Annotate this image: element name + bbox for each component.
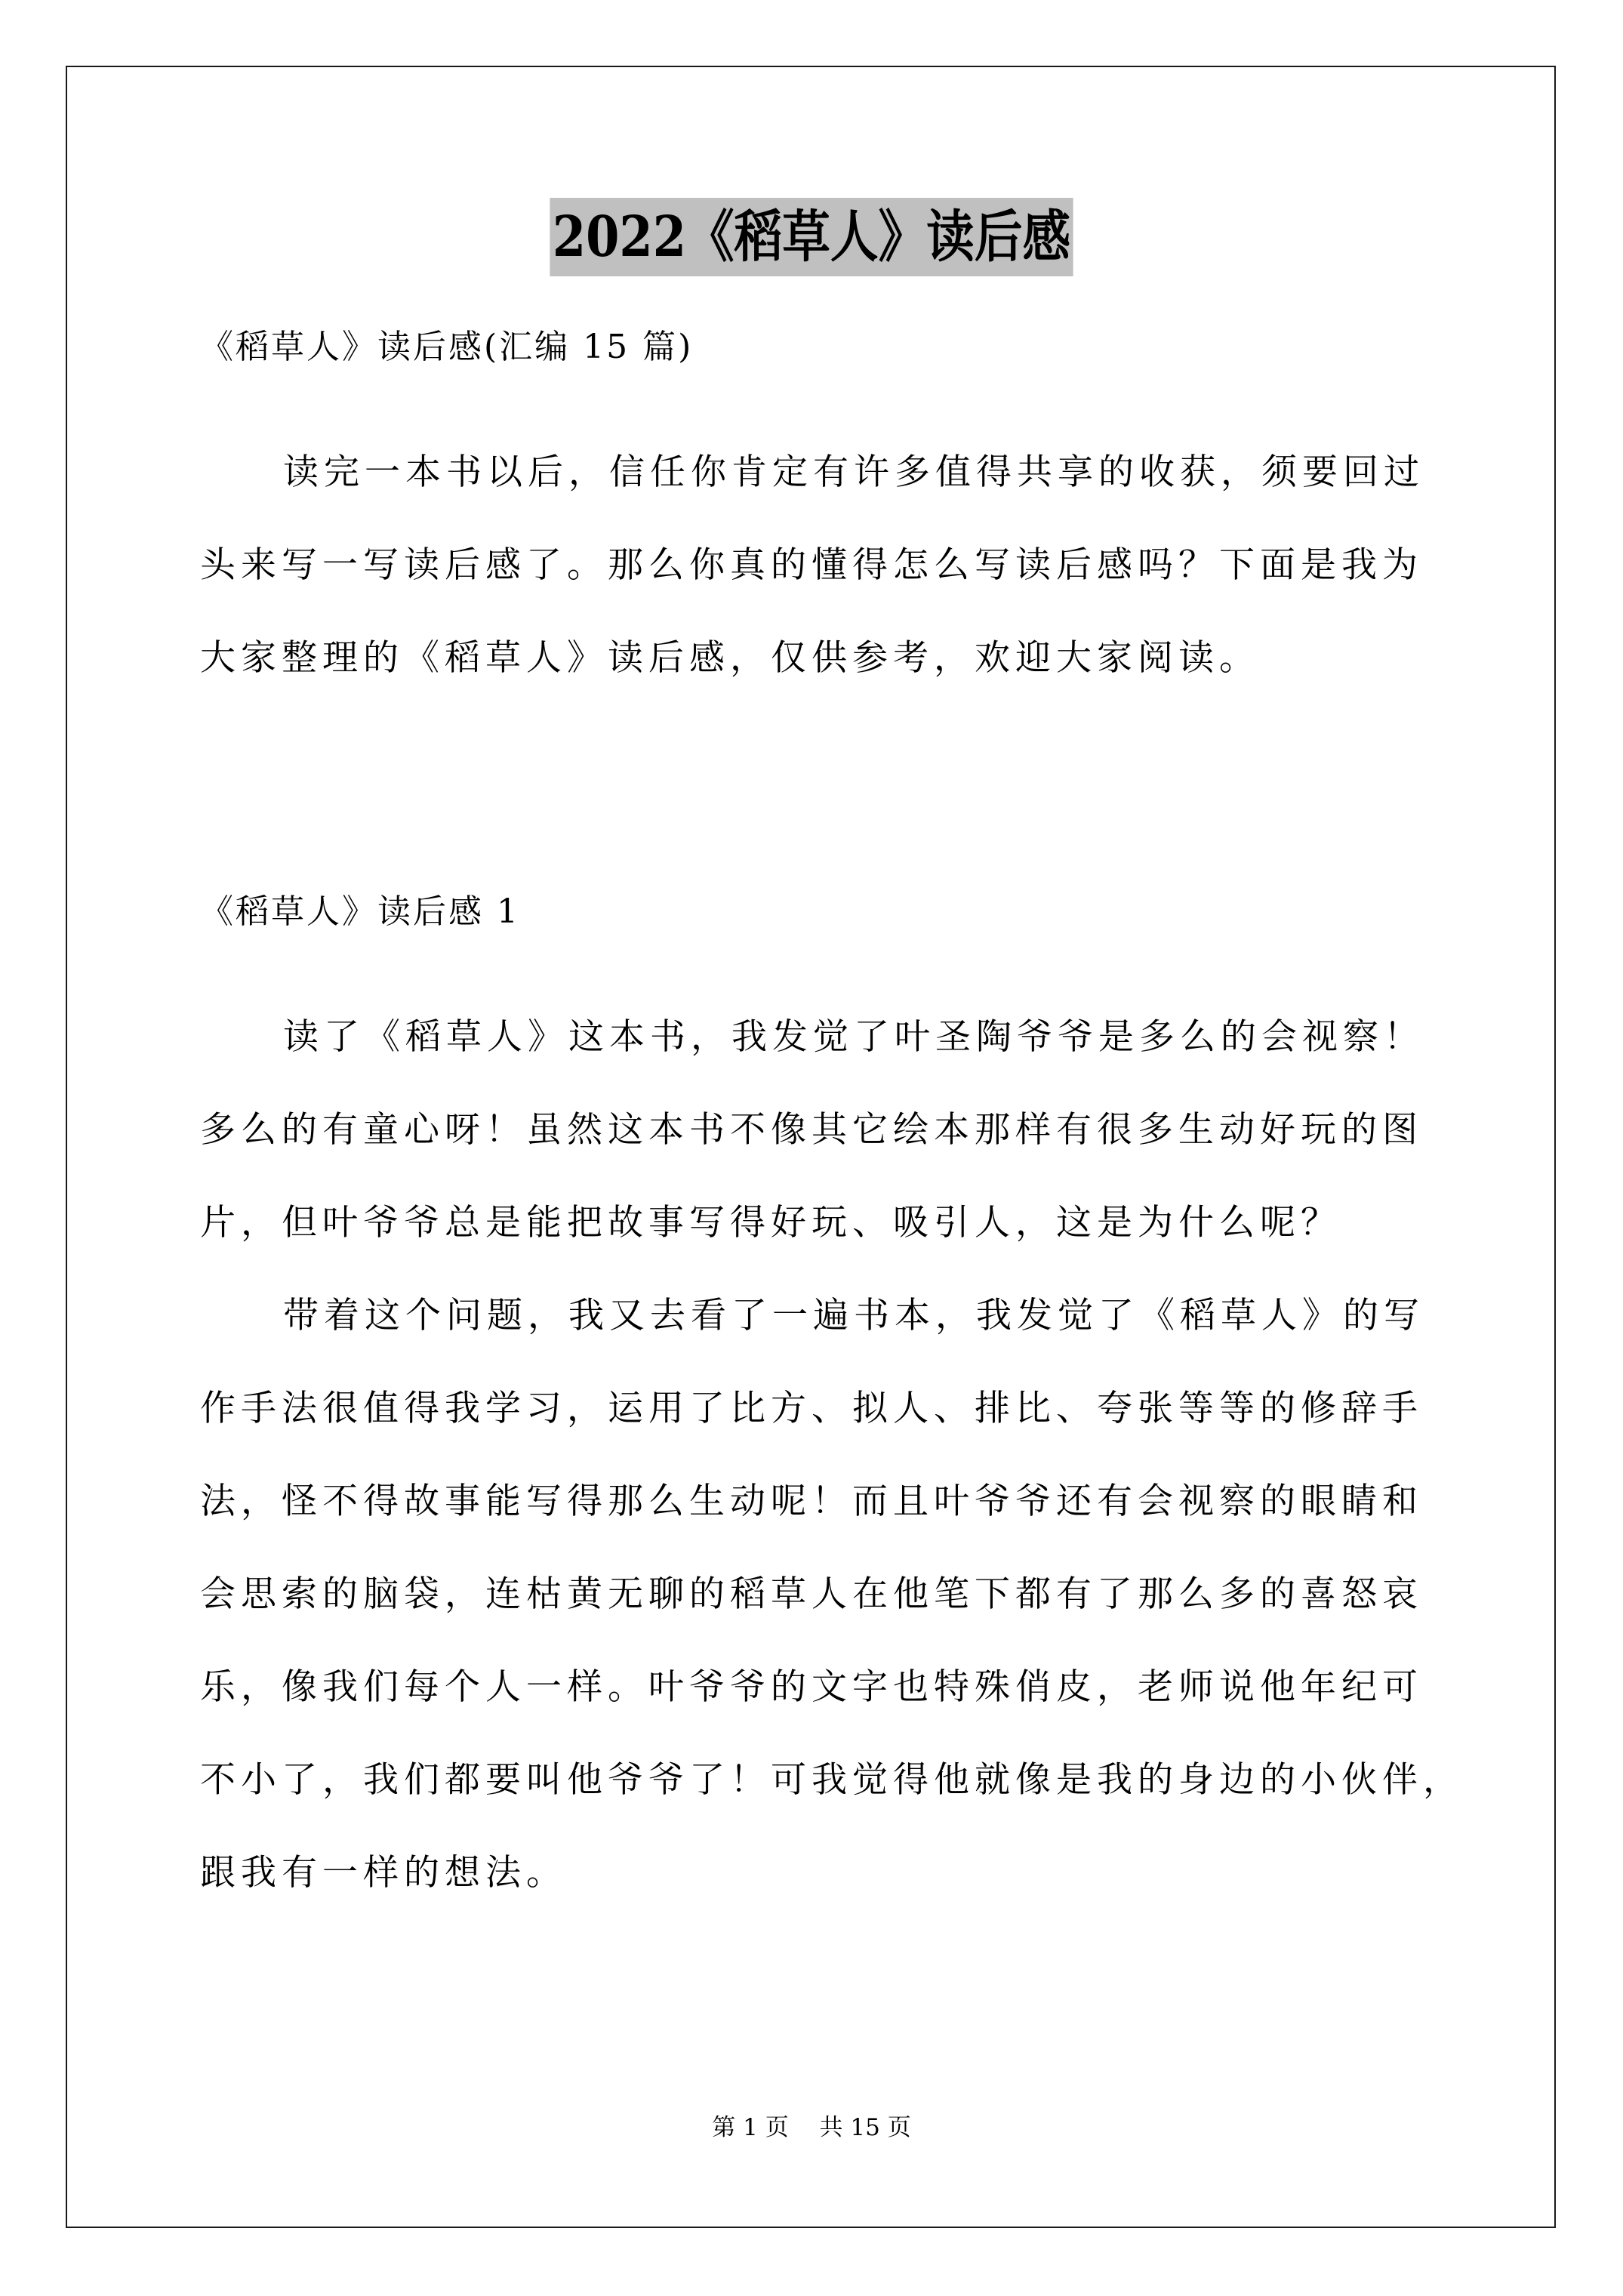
page-indicator: 第 1 页 共 15 页 [0,2113,1623,2143]
paragraph-line: 跟我有一样的想法。 [200,1851,567,1896]
paragraph-line: 法，怪不得故事能写得那么生动呢！而且叶爷爷还有会视察的眼睛和 [200,1479,1423,1524]
paragraph-line: 读了《稻草人》这本书，我发觉了叶圣陶爷爷是多么的会视察！ [283,1015,1424,1060]
document-subtitle: 《稻草人》读后感(汇编 15 篇) [200,325,693,370]
paragraph-line: 多么的有童心呀！虽然这本书不像其它绘本那样有很多生动好玩的图 [200,1108,1423,1153]
paragraph-line: 带着这个问题，我又去看了一遍书本，我发觉了《稻草人》的写 [283,1293,1424,1339]
paragraph-line: 乐，像我们每个人一样。叶爷爷的文字也特殊俏皮，老师说他年纪可 [200,1665,1423,1710]
paragraph-line: 不小了，我们都要叫他爷爷了！可我觉得他就像是我的身边的小伙伴， [200,1758,1464,1803]
intro-line: 头来写一写读后感了。那么你真的懂得怎么写读后感吗？下面是我为 [200,543,1423,588]
paragraph-line: 会思索的脑袋，连枯黄无聊的稻草人在他笔下都有了那么多的喜怒哀 [200,1572,1423,1617]
paragraph-line: 作手法很值得我学习，运用了比方、拟人、排比、夸张等等的修辞手 [200,1386,1423,1432]
section-heading: 《稻草人》读后感 1 [200,889,520,935]
paragraph-line: 片，但叶爷爷总是能把故事写得好玩、吸引人，这是为什么呢？ [200,1200,1341,1246]
document-title: 2022《稻草人》读后感 [550,198,1073,276]
intro-line: 大家整理的《稻草人》读后感，仅供参考，欢迎大家阅读。 [200,636,1260,681]
intro-line: 读完一本书以后，信任你肯定有许多值得共享的收获，须要回过 [283,450,1424,495]
title-container: 2022《稻草人》读后感 [0,198,1623,276]
